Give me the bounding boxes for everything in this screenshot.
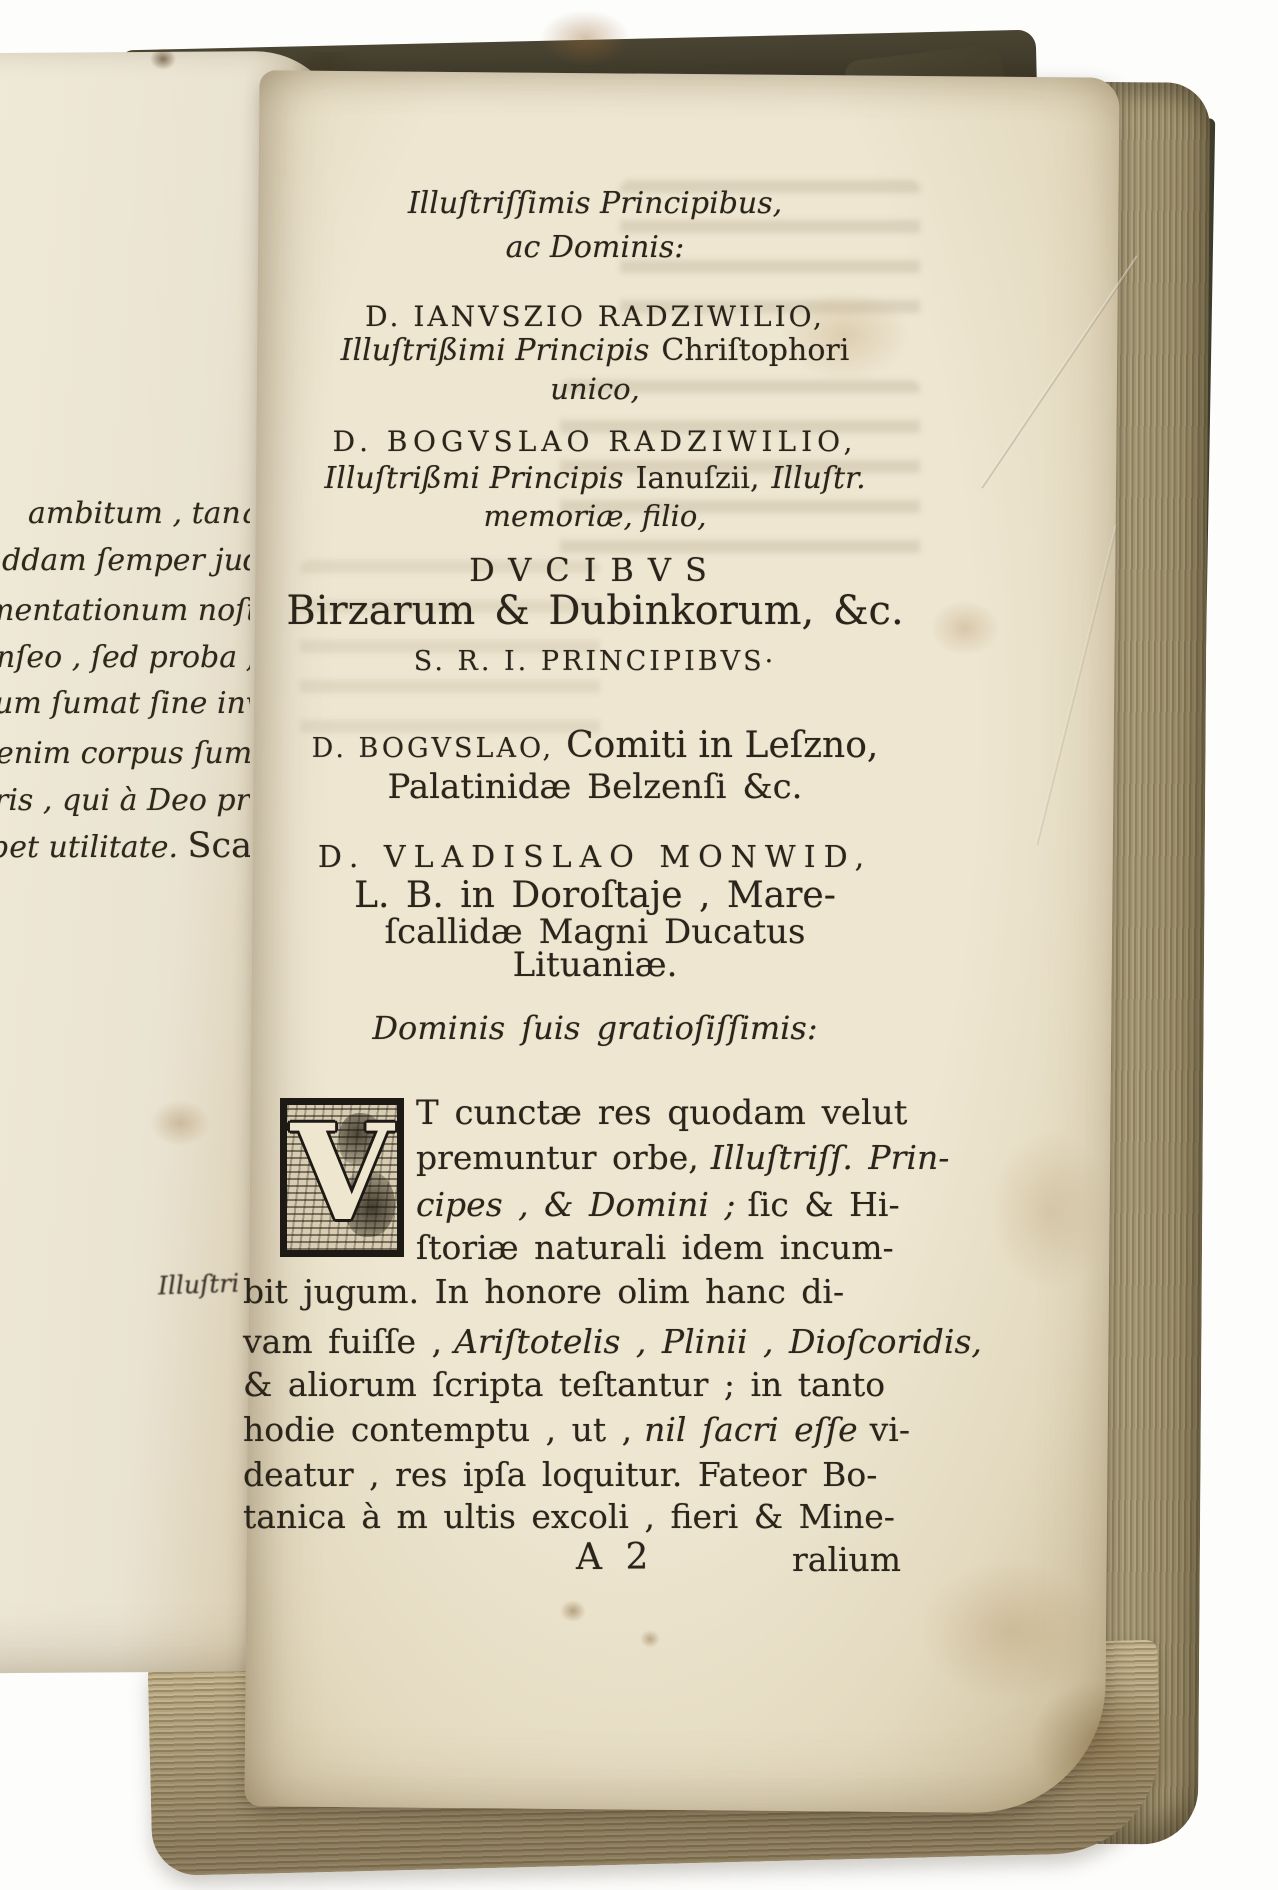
stain [540, 10, 630, 66]
initial-letter-V: V [287, 1101, 397, 1246]
dedication-leszno-title: Comiti in Leſzno, [566, 725, 878, 766]
left-page-line-text: enim corpus ſumus , unuſq [0, 736, 250, 771]
catchword: ralium [792, 1543, 901, 1576]
left-page-line-text: ambitum , tanquam anim [28, 496, 250, 531]
book-photo: ambitum , tanquam anim ddam ſemper judic… [0, 0, 1278, 1890]
paragraph-line-8-roman2: vi- [870, 1410, 910, 1449]
ducal-title-line1: DVCIBVS [265, 554, 925, 586]
dedication-monwid-line4: Lituaniæ. [265, 948, 925, 982]
dedication-boguslaw-line3: memoriæ, filio, [265, 502, 925, 531]
paragraph-line-8-roman: hodie contemptu , ut , [243, 1410, 632, 1449]
paragraph-line-2-italic: Illuſtriſſ. Prin- [711, 1138, 950, 1177]
motto-line: Dominis ſuis gratioſiſſimis: [265, 1012, 925, 1044]
left-page-line: ambitum , tanquam anim [28, 499, 250, 529]
left-page-citation: Scalig. lib.1 [188, 826, 250, 866]
paragraph-line-5: bit jugum. In honore olim hanc di- [243, 1275, 844, 1308]
dedication-monwid-line3: ſcallidæ Magni Ducatus [265, 915, 925, 949]
paragraph-line-6-italic: Ariſtotelis , Plinii , Dioſcoridis, [454, 1322, 982, 1361]
dedication-leszno-line2: Palatinidæ Belzenſi &c. [265, 770, 925, 804]
woodcut-initial-V: V [280, 1098, 404, 1257]
left-page-line: nſeo , ſed proba ; unde ſib [0, 643, 250, 673]
ducal-title-line3: S. R. I. PRINCIPIBVS· [265, 648, 925, 675]
stain [640, 1630, 660, 1648]
stain [150, 1100, 210, 1146]
stain [930, 600, 1000, 656]
left-page-line-text: nſeo , ſed proba ; unde ſib [0, 640, 250, 675]
left-page-line: ddam ſemper judicavi , u [2, 546, 250, 576]
paragraph-line-2: premuntur orbe,Illuſtriſſ. Prin- [416, 1141, 949, 1174]
ducal-title-line2: Birzarum & Dubinkorum, &c. [265, 591, 925, 631]
left-page-line: enim corpus ſumus , unuſq [0, 739, 250, 769]
paragraph-line-7: & aliorum ſcripta teſtantur ; in tanto [243, 1368, 885, 1401]
paragraph-line-3-roman: ſic & Hi- [748, 1185, 900, 1224]
dedication-janusz-subtitle-roman: Chriſtophori [661, 333, 849, 368]
paragraph-line-3: cipes , & Domini ;ſic & Hi- [416, 1188, 900, 1221]
dedication-boguslaw-name: D. BOGVSLAO RADZIWILIO, [265, 428, 925, 456]
dedication-janusz-line3: unico, [265, 375, 925, 404]
dedication-leszno-name: D. BOGVSLAO, [312, 733, 554, 764]
left-page-line: mentationum noſtrarum ve- [0, 596, 250, 626]
left-page-line-text: ddam ſemper judicavi , u [2, 543, 250, 578]
left-page-line-text: ris , qui à Deo profectus , [0, 783, 250, 818]
dedication-monwid-name: D. VLADISLAO MONWID, [265, 843, 925, 873]
left-page-line-text: mentationum noſtrarum ve- [0, 593, 250, 628]
dedication-leszno-line1: D. BOGVSLAO,Comiti in Leſzno, [265, 728, 925, 764]
paragraph-line-6: vam fuiſſe ,Ariſtotelis , Plinii , Dioſc… [243, 1325, 982, 1358]
paragraph-line-2-roman: premuntur orbe, [416, 1138, 699, 1177]
dedication-boguslaw-subtitle-roman: Ianuſzii, [635, 461, 759, 496]
paragraph-line-10: tanica à m ultis excoli , fieri & Mine- [243, 1500, 895, 1533]
left-page-line: bet utilitate. Scalig. lib.1 [0, 829, 250, 864]
left-page-line: um ſumat ſine invidia atq [0, 689, 250, 719]
paragraph-line-9: deatur , res ipſa loquitur. Fateor Bo- [243, 1458, 877, 1491]
dedication-monwid-line2: L. B. in Doroſtaje , Mare- [265, 878, 925, 914]
stain [1030, 1680, 1180, 1810]
salutation-line-1: Illuſtriſſimis Principibus, [265, 189, 925, 219]
dedication-boguslaw-subtitle-italic: Illuſtrißmi Principis [324, 461, 623, 496]
paragraph-line-3-italic: cipes , & Domini ; [416, 1185, 736, 1224]
left-page-line: ris , qui à Deo profectus , [0, 786, 250, 816]
paragraph-line-4: ſtoriæ naturali idem incum- [416, 1231, 894, 1264]
dedication-boguslaw-subtitle-italic2: Illuſtr. [772, 461, 866, 496]
left-page-line-text: um ſumat ſine invidia atq [0, 686, 250, 721]
paragraph-line-8-italic: nil ſacri eſſe [644, 1410, 858, 1449]
stain [150, 48, 176, 70]
paragraph-line-6-roman: vam fuiſſe , [243, 1322, 442, 1361]
left-page-text-fragment: ambitum , tanquam anim ddam ſemper judic… [0, 486, 250, 886]
stain [920, 1560, 1100, 1700]
dedication-janusz-name: D. IANVSZIO RADZIWILIO, [265, 303, 925, 331]
dedication-janusz-subtitle: Illuſtrißimi PrincipisChriſtophori [265, 336, 925, 366]
signature-mark: A 2 [576, 1540, 654, 1576]
paragraph-line-1: T cunctæ res quodam velut [416, 1096, 907, 1130]
stain [990, 1130, 1110, 1290]
salutation-line-2: ac Dominis: [265, 233, 925, 263]
dedication-boguslaw-subtitle: Illuſtrißmi PrincipisIanuſzii,Illuſtr. [265, 464, 925, 494]
dedication-janusz-subtitle-italic: Illuſtrißimi Principis [341, 333, 650, 368]
left-page-line-text: bet utilitate. [0, 830, 188, 865]
stain [560, 1600, 586, 1622]
left-page-catchword: Illuſtri [158, 1271, 240, 1299]
paragraph-line-8: hodie contemptu , ut ,nil ſacri eſſevi- [243, 1413, 910, 1446]
